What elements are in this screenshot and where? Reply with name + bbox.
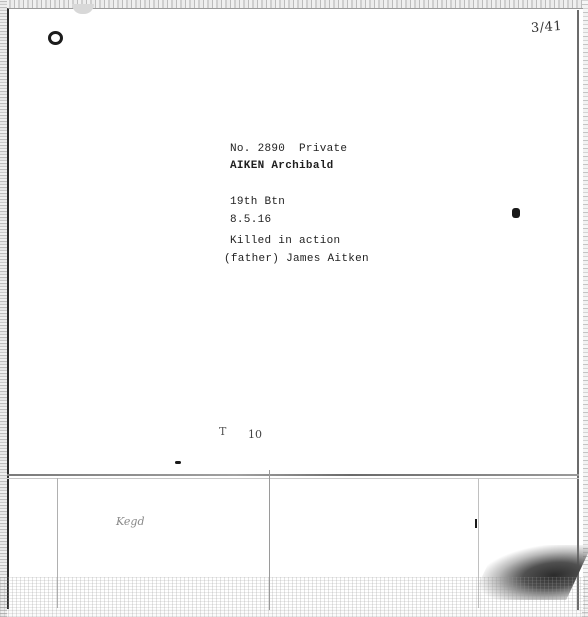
- next-of-kin: (father) James Aitken: [224, 253, 369, 265]
- scan-noise-bottom: [0, 577, 588, 617]
- fold-line: [7, 474, 579, 476]
- ink-blot: [512, 208, 520, 218]
- record-card: [7, 8, 583, 609]
- ink-dot: [175, 461, 181, 464]
- status: Killed in action: [230, 235, 340, 247]
- card-right-edge: [577, 10, 579, 610]
- ink-tick: [475, 519, 477, 528]
- faint-mark-1: T: [219, 425, 226, 438]
- fold-line-shadow: [7, 478, 579, 479]
- punch-hole-icon: [48, 31, 63, 45]
- faint-handwriting: Kegd: [116, 515, 145, 528]
- date: 8.5.16: [230, 214, 271, 226]
- battalion: 19th Btn: [230, 196, 285, 208]
- faint-mark-2: 10: [248, 428, 262, 441]
- soldier-name: AIKEN Archibald: [230, 160, 334, 172]
- service-number-line: No. 2890 Private: [230, 143, 347, 155]
- folio-number: 3/41: [531, 19, 563, 36]
- scan-noise-left: [0, 0, 7, 617]
- scanned-record-card: 3/41 No. 2890 Private AIKEN Archibald 19…: [0, 0, 588, 617]
